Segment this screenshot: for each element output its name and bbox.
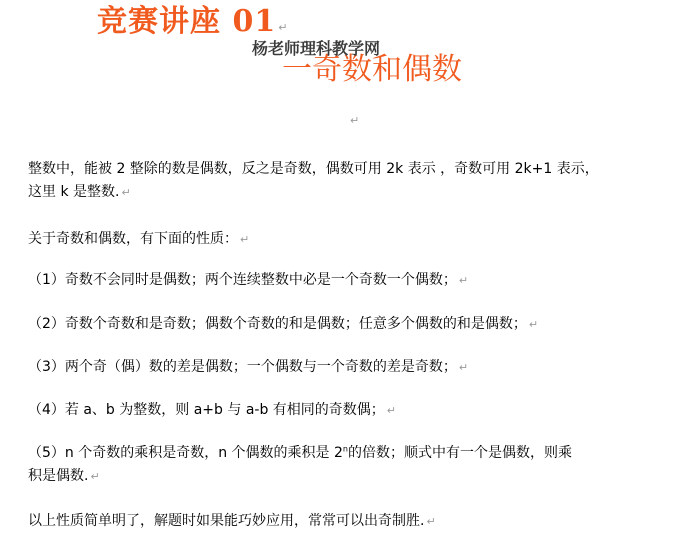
paragraph-mark-icon: ↵ [387, 404, 396, 417]
property-item-1: （1）奇数不会同时是偶数；两个连续整数中必是一个奇数一个偶数；↵ [28, 269, 688, 292]
property-item-5: （5）n 个奇数的乘积是奇数，n 个偶数的乘积是 2n的倍数；顺式中有一个是偶数… [28, 442, 688, 488]
properties-heading: 关于奇数和偶数，有下面的性质：↵ [28, 228, 688, 251]
property-5-line2: 积是偶数. [28, 468, 88, 484]
paragraph-mark-icon: ↵ [278, 21, 288, 34]
property-5-part1: （5）n 个奇数的乘积是奇数，n 个偶数的乘积是 2 [28, 445, 343, 461]
conclusion-paragraph: 以上性质简单明了，解题时如果能巧妙应用，常常可以出奇制胜.↵ [28, 510, 688, 533]
intro-paragraph: 整数中，能被 2 整除的数是偶数，反之是奇数，偶数可用 2k 表示 ，奇数可用 … [28, 158, 688, 204]
paragraph-mark-icon: ↵ [426, 515, 435, 528]
paragraph-mark-icon: ↵ [459, 274, 468, 287]
lecture-title-text: 竞赛讲座 01 [97, 4, 276, 39]
paragraph-mark-icon: ↵ [121, 186, 130, 199]
property-text: （2）奇数个奇数和是奇数；偶数个奇数的和是偶数；任意多个偶数的和是偶数； [28, 316, 527, 332]
intro-line-1: 整数中，能被 2 整除的数是偶数，反之是奇数，偶数可用 2k 表示 ，奇数可用 … [28, 158, 688, 181]
properties-heading-text: 关于奇数和偶数，有下面的性质： [28, 231, 238, 247]
paragraph-mark-icon: ↵ [240, 233, 249, 246]
paragraph-mark-icon: ↵ [459, 361, 468, 374]
property-item-2: （2）奇数个奇数和是奇数；偶数个奇数的和是偶数；任意多个偶数的和是偶数；↵ [28, 313, 688, 336]
conclusion-text: 以上性质简单明了，解题时如果能巧妙应用，常常可以出奇制胜. [28, 513, 424, 529]
property-item-4: （4）若 a、b 为整数，则 a+b 与 a-b 有相同的奇数偶；↵ [28, 399, 688, 422]
property-item-3: （3）两个奇（偶）数的差是偶数；一个偶数与一个奇数的差是奇数；↵ [28, 356, 688, 379]
property-text: （1）奇数不会同时是偶数；两个连续整数中必是一个奇数一个偶数； [28, 272, 457, 288]
paragraph-mark-icon: ↵ [90, 470, 99, 483]
watermark-text: 杨老师理科教学网 [252, 39, 380, 59]
property-5-part2: 的倍数；顺式中有一个是偶数，则乘 [348, 445, 572, 461]
property-text: （3）两个奇（偶）数的差是偶数；一个偶数与一个奇数的差是奇数； [28, 359, 457, 375]
paragraph-mark-icon: ↵ [529, 318, 538, 331]
paragraph-mark-icon: ↵ [350, 114, 359, 127]
intro-line-2: 这里 k 是整数. [28, 184, 119, 200]
property-text: （4）若 a、b 为整数，则 a+b 与 a-b 有相同的奇数偶； [28, 402, 385, 418]
